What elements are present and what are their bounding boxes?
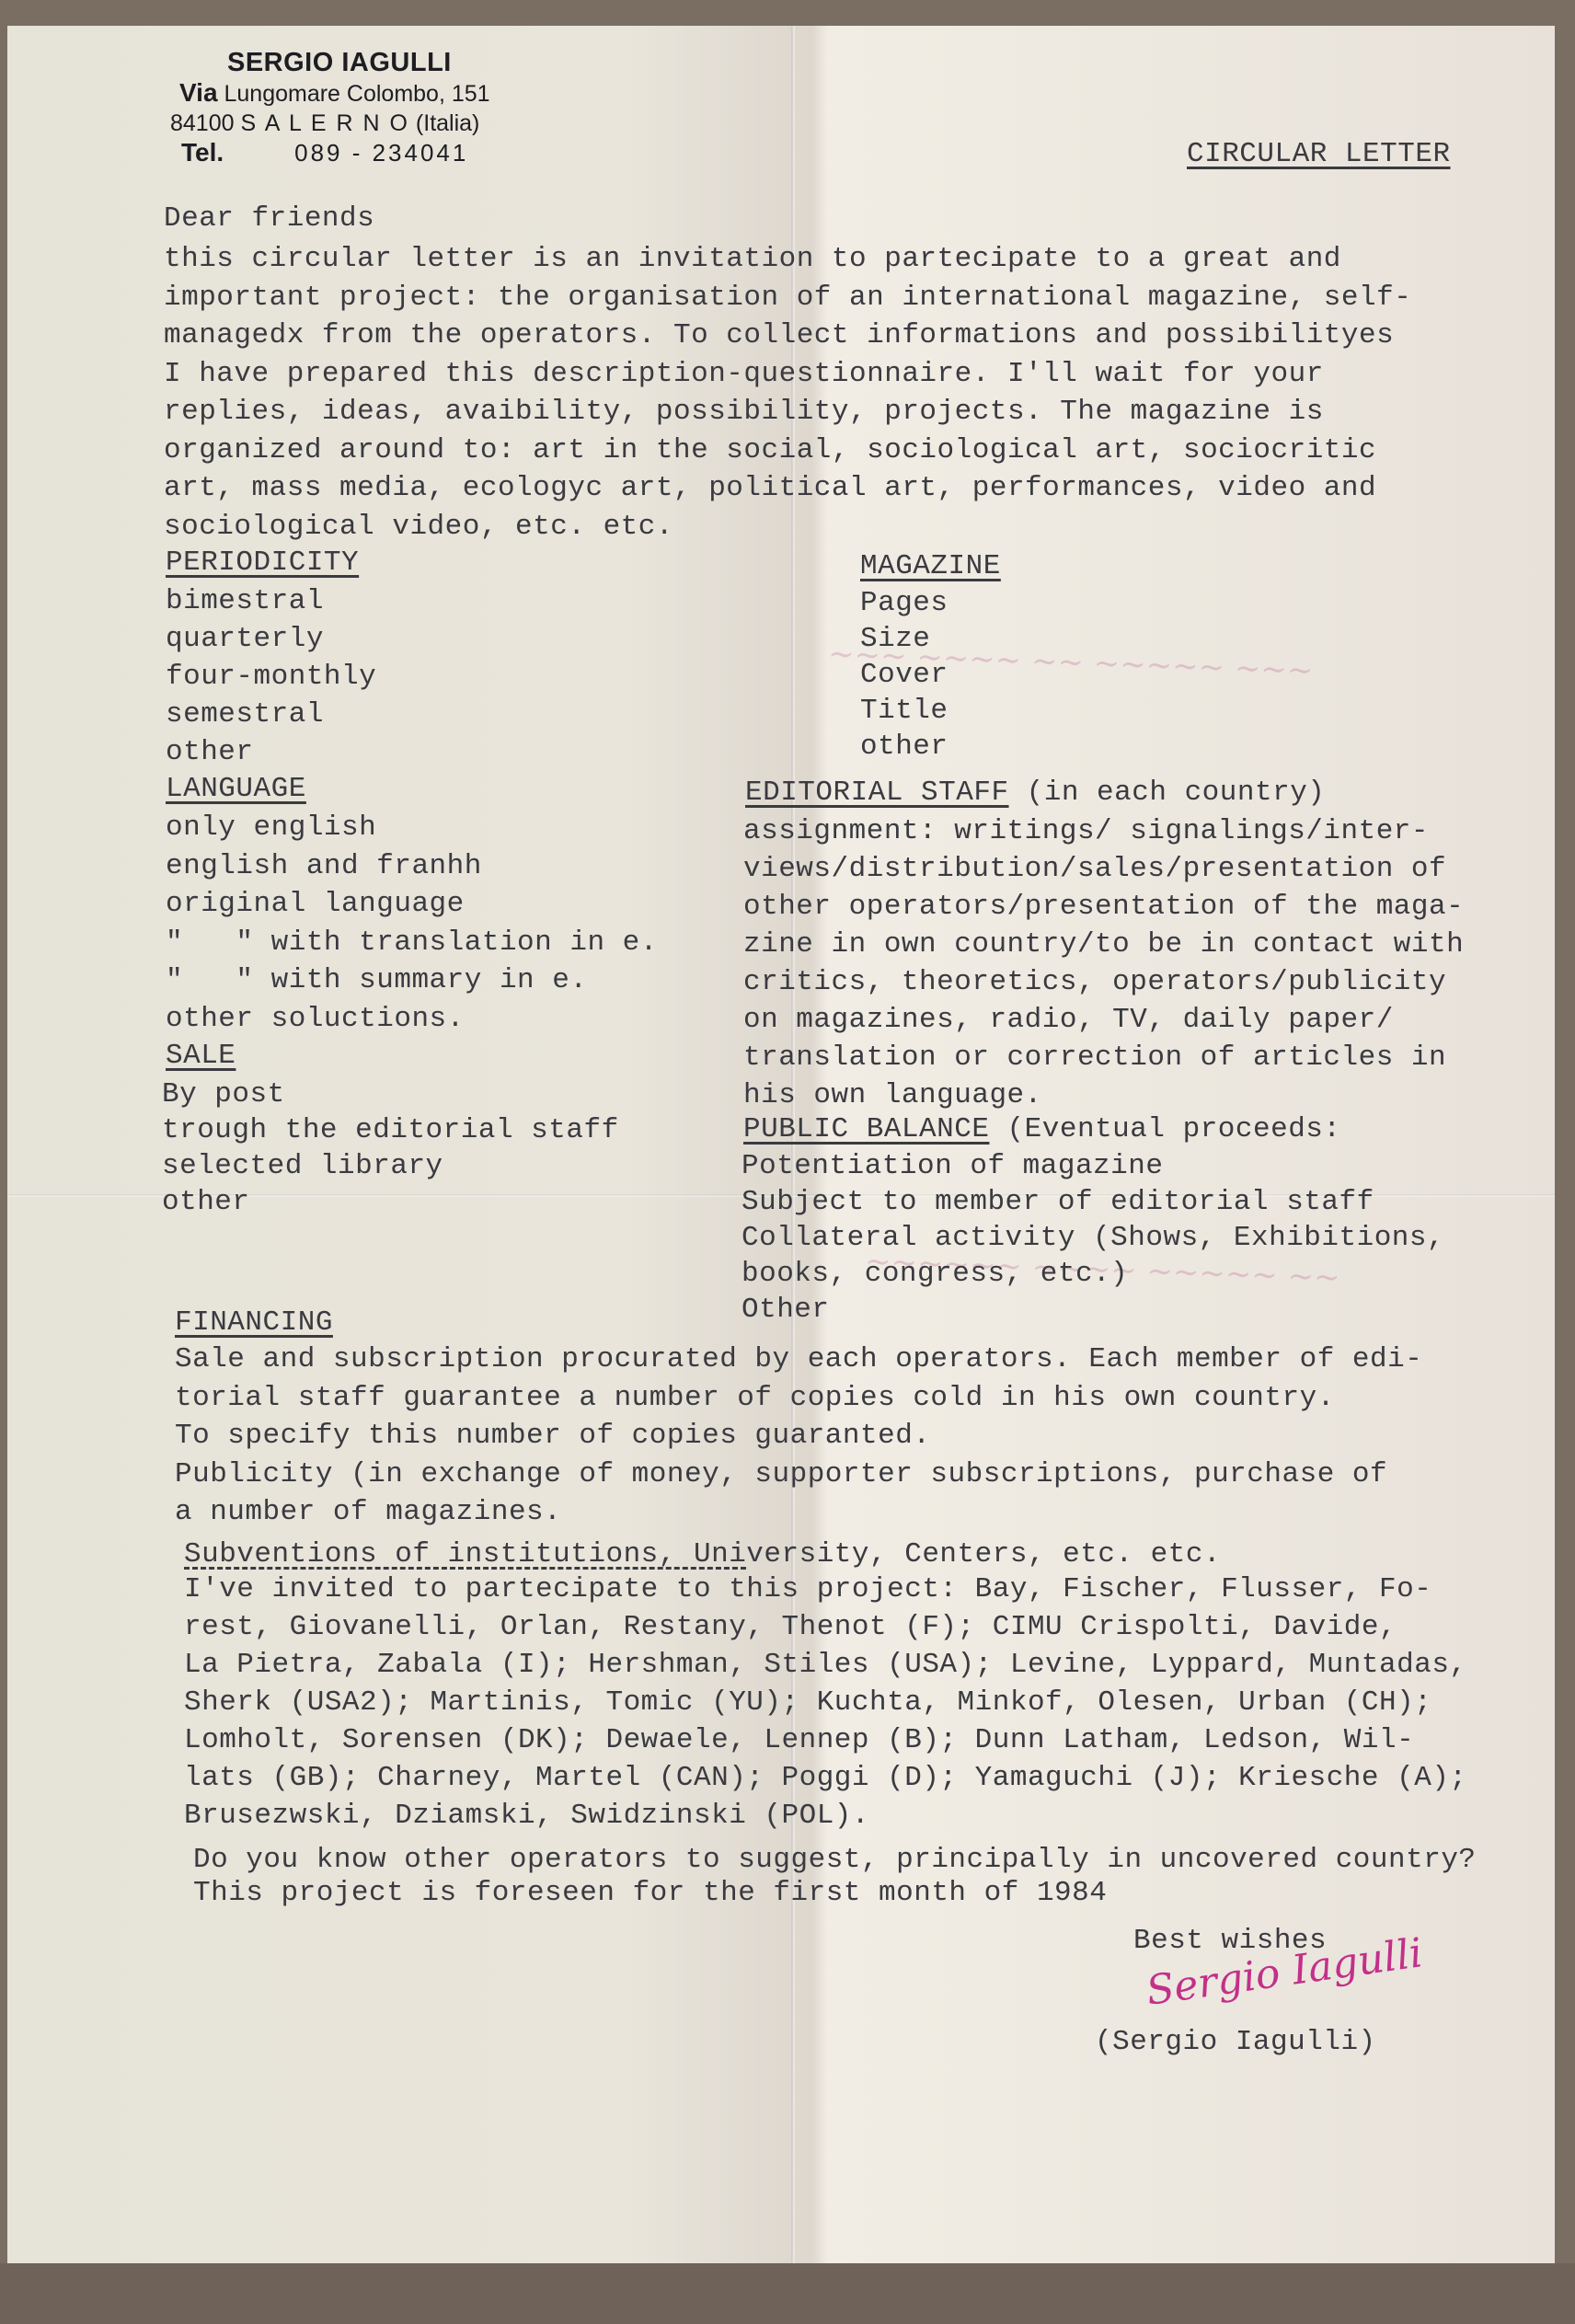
editorial-staff-line: zine in own country/to be in contact wit… — [743, 926, 1464, 963]
editorial-staff-heading: EDITORIAL STAFF — [745, 777, 1009, 809]
financing-line: Sale and subscription procurated by each… — [175, 1341, 1422, 1378]
financing-line: torial staff guarantee a number of copie… — [175, 1380, 1335, 1417]
public-balance-heading-line: PUBLIC BALANCE (Eventual proceeds: — [743, 1111, 1341, 1148]
typed-name: (Sergio Iagulli) — [1095, 2024, 1376, 2061]
public-balance-line: Other — [742, 1292, 830, 1329]
invited-line: rest, Giovanelli, Orlan, Restany, Thenot… — [184, 1609, 1397, 1646]
invited-line: La Pietra, Zabala (I); Hershman, Stiles … — [184, 1647, 1467, 1684]
intro-line: I have prepared this description-questio… — [164, 356, 1324, 393]
postal-code: 84100 — [170, 110, 235, 136]
invited-line: lats (GB); Charney, Martel (CAN); Poggi … — [184, 1760, 1467, 1797]
public-balance-heading: PUBLIC BALANCE — [743, 1113, 989, 1145]
invited-line: I've invited to partecipate to this proj… — [184, 1571, 1431, 1608]
street-address: Lungomare Colombo, 151 — [224, 81, 489, 107]
letterhead: SERGIO IAGULLI Via Lungomare Colombo, 15… — [161, 48, 490, 168]
sale-heading: SALE — [166, 1038, 236, 1075]
periodicity-option: other — [166, 734, 254, 771]
greeting: Dear friends — [164, 201, 374, 237]
intro-line: sociological video, etc. etc. — [164, 509, 673, 546]
magazine-option: Cover — [860, 657, 948, 694]
invited-line: Lomholt, Sorensen (DK); Dewaele, Lennep … — [184, 1722, 1414, 1759]
periodicity-option: four-monthly — [166, 659, 376, 696]
closing-line: This project is foreseen for the first m… — [193, 1875, 1107, 1912]
magazine-option: Pages — [860, 585, 948, 622]
magazine-option: other — [860, 729, 948, 765]
editorial-staff-line: assignment: writings/ signalings/inter- — [743, 813, 1429, 850]
editorial-staff-line: views/distribution/sales/presentation of — [743, 851, 1446, 888]
sale-option: other — [162, 1184, 250, 1221]
city: S A L E R N O — [240, 110, 408, 136]
country: (Italia) — [416, 110, 479, 136]
intro-line: replies, ideas, avaibility, possibility,… — [164, 394, 1324, 431]
intro-line: organized around to: art in the social, … — [164, 432, 1376, 469]
editorial-staff-heading-suffix: (in each country) — [1009, 777, 1326, 809]
subventions-rest: versity, Centers, etc. etc. — [746, 1538, 1221, 1570]
closing-line: Do you know other operators to suggest, … — [193, 1842, 1477, 1879]
intro-line: art, mass media, ecologyc art, political… — [164, 470, 1376, 507]
financing-line: a number of magazines. — [175, 1494, 561, 1531]
street-prefix: Via — [179, 78, 218, 107]
public-balance-line: Collateral activity (Shows, Exhibitions, — [742, 1220, 1444, 1257]
sale-option: selected library — [162, 1148, 443, 1185]
intro-line: managedx from the operators. To collect … — [164, 317, 1394, 354]
editorial-staff-line: translation or correction of articles in — [743, 1040, 1446, 1076]
intro-line: important project: the organisation of a… — [164, 280, 1411, 316]
sale-option: By post — [162, 1076, 285, 1113]
subventions-line: Subventions of institutions, University,… — [184, 1536, 1221, 1573]
editorial-staff-line: critics, theoretics, operators/publicity — [743, 964, 1446, 1001]
periodicity-heading: PERIODICITY — [166, 545, 359, 581]
sale-option: trough the editorial staff — [162, 1112, 619, 1149]
public-balance-heading-suffix: (Eventual proceeds: — [989, 1113, 1340, 1145]
language-option: " " with translation in e. — [166, 925, 658, 961]
desk-surface — [0, 2263, 1575, 2324]
invited-line: Brusezwski, Dziamski, Swidzinski (POL). — [184, 1798, 869, 1835]
language-option: original language — [166, 886, 465, 923]
editorial-staff-heading-line: EDITORIAL STAFF (in each country) — [745, 775, 1325, 811]
letter-title: CIRCULAR LETTER — [1187, 136, 1451, 173]
sender-name: SERGIO IAGULLI — [227, 48, 490, 78]
magazine-option: Size — [860, 621, 930, 658]
language-option: " " with summary in e. — [166, 962, 587, 999]
public-balance-line: Potentiation of magazine — [742, 1148, 1163, 1185]
editorial-staff-line: on magazines, radio, TV, daily paper/ — [743, 1002, 1394, 1039]
intro-line: this circular letter is an invitation to… — [164, 241, 1341, 278]
editorial-staff-line: his own language. — [743, 1077, 1042, 1114]
magazine-option: Title — [860, 693, 948, 730]
periodicity-option: quarterly — [166, 621, 324, 658]
editorial-staff-line: other operators/presentation of the maga… — [743, 889, 1464, 926]
public-balance-line: books, congress, etc.) — [742, 1256, 1128, 1293]
phone-label: Tel. — [181, 138, 224, 167]
subventions-underlined: Subventions of institutions, Uni — [184, 1538, 746, 1570]
periodicity-option: semestral — [166, 696, 324, 733]
language-option: only english — [166, 810, 376, 846]
language-option: english and franhh — [166, 848, 482, 885]
financing-heading: FINANCING — [175, 1305, 333, 1341]
language-option: other soluctions. — [166, 1001, 465, 1038]
financing-line: Publicity (in exchange of money, support… — [175, 1456, 1387, 1493]
public-balance-line: Subject to member of editorial staff — [742, 1184, 1374, 1221]
financing-line: To specify this number of copies guarant… — [175, 1418, 930, 1455]
invited-line: Sherk (USA2); Martinis, Tomic (YU); Kuch… — [184, 1685, 1431, 1721]
phone-number: 089 - 234041 — [294, 139, 468, 167]
periodicity-option: bimestral — [166, 583, 324, 620]
magazine-heading: MAGAZINE — [860, 548, 1001, 585]
language-heading: LANGUAGE — [166, 771, 306, 808]
